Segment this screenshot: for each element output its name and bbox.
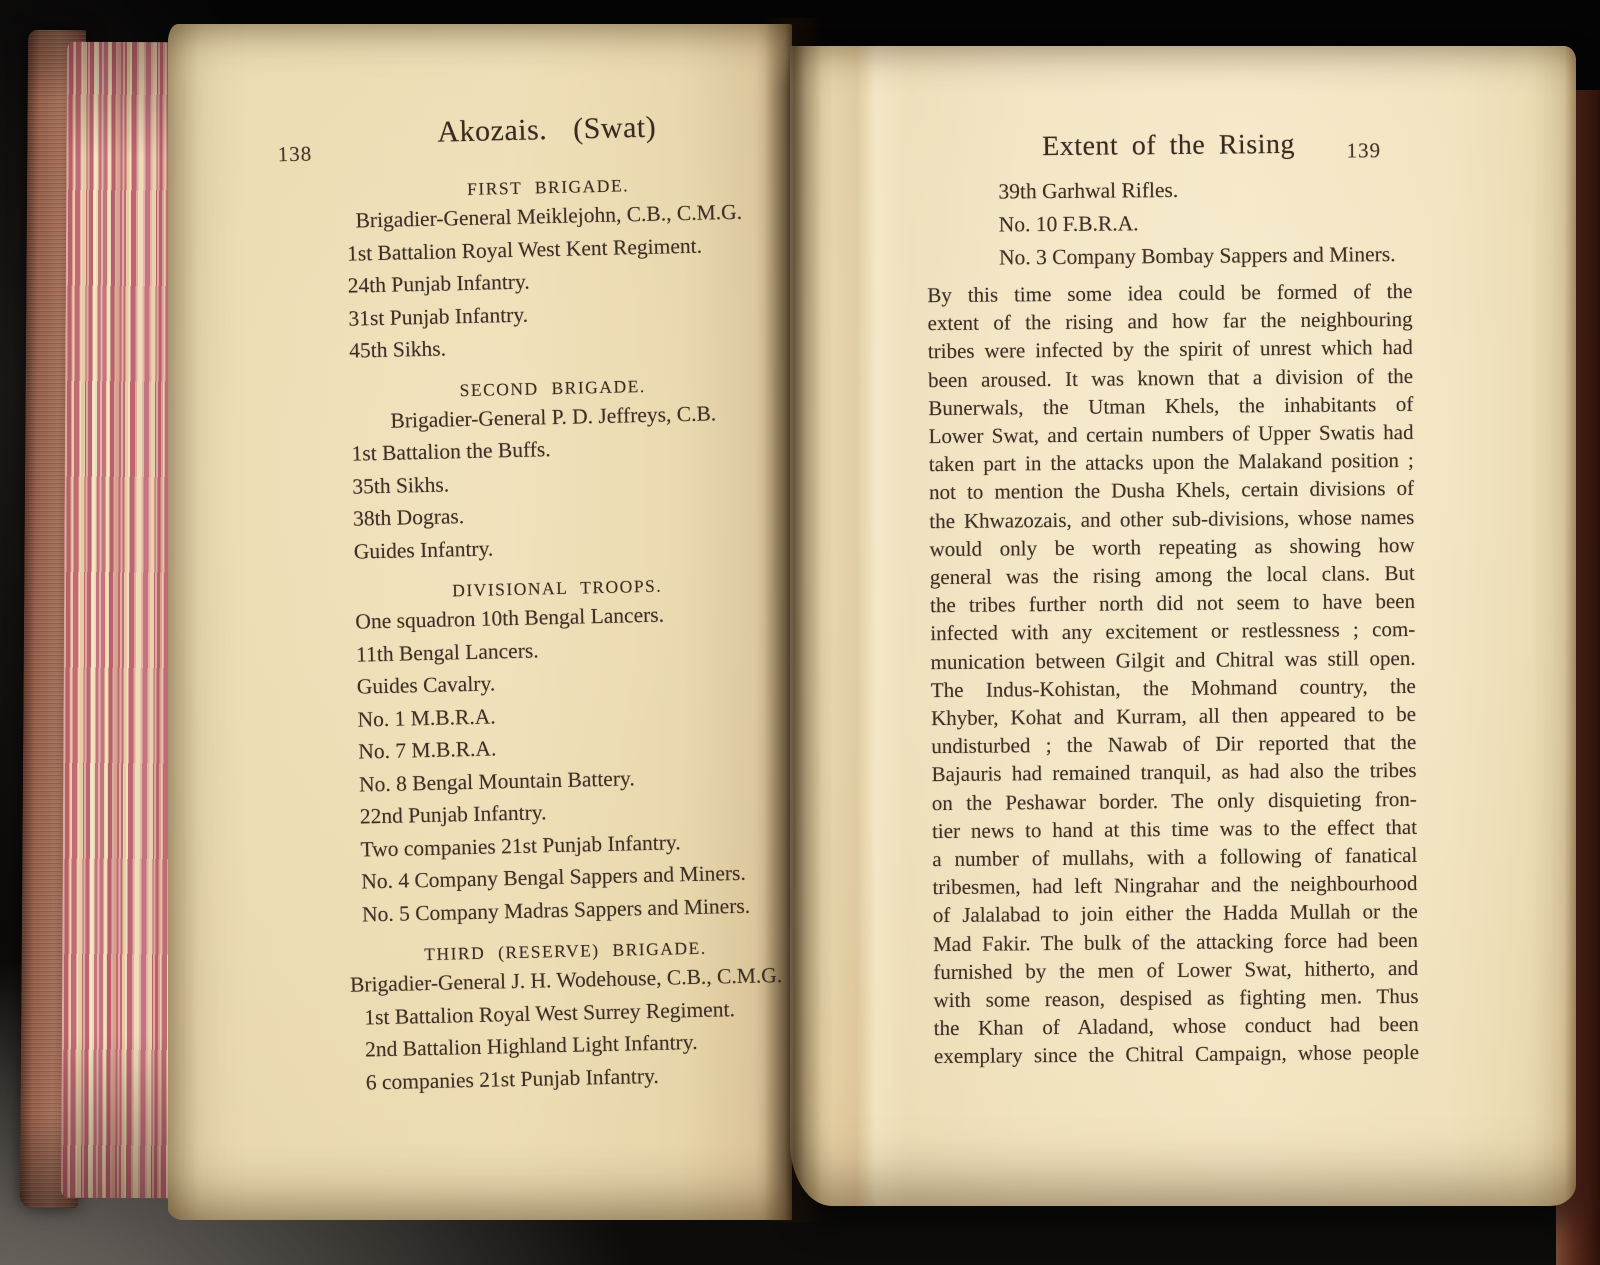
body-text-line: Lower Swat, and certain numbers of Upper…	[928, 418, 1413, 450]
body-text-line: the Khan of Aladand, whose conduct had b…	[934, 1010, 1419, 1042]
body-text-line: exemplary since the Chitral Campaign, wh…	[934, 1038, 1419, 1070]
body-text-line: with some reason, despised as fighting m…	[933, 982, 1418, 1014]
page-number-right: 139	[1347, 138, 1382, 163]
body-text-line: extent of the rising and how far the nei…	[927, 305, 1412, 337]
troop-list: 39th Garhwal Rifles.No. 10 F.B.R.A.No. 3…	[926, 172, 1412, 275]
body-text-line: Bajauris had remained tranquil, as had a…	[931, 756, 1416, 788]
body-text-line: not to mention the Dusha Khels, certain …	[929, 474, 1414, 506]
body-text-line: Khyber, Kohat and Kurram, all then appea…	[931, 700, 1416, 732]
body-text-line: general was the rising among the local c…	[930, 559, 1415, 591]
body-text-line: furnished by the men of Lower Swat, hith…	[933, 954, 1418, 986]
troop-list-item: 39th Garhwal Rifles.	[926, 172, 1411, 209]
body-text-line: been aroused. It was known that a divisi…	[928, 362, 1413, 394]
troop-list-item: No. 10 F.B.R.A.	[927, 205, 1412, 242]
left-page-title: Akozais. (Swat)	[279, 104, 815, 156]
body-text-line: By this time some idea could be formed o…	[927, 277, 1412, 309]
page-edge-stack	[61, 42, 177, 1199]
body-text-line: tribesmen, had left Ningrahar and the ne…	[932, 869, 1417, 901]
body-text-line: Bunerwals, the Utman Khels, the inhabita…	[928, 390, 1413, 422]
right-page-header: Extent of the Rising 139	[926, 124, 1411, 176]
right-page: Extent of the Rising 139 39th Garhwal Ri…	[790, 46, 1576, 1206]
body-text-line: tier news to hand at this time was to th…	[932, 813, 1417, 845]
left-page: 138 Akozais. (Swat) FIRST BRIGADE.Brigad…	[168, 24, 792, 1220]
right-page-title: Extent of the Rising	[926, 124, 1411, 168]
body-text-line: The Indus-Kohistan, the Mohmand country,…	[931, 672, 1416, 704]
brigade-listing: FIRST BRIGADE.Brigadier-General Meiklejo…	[280, 168, 836, 1100]
left-page-header: 138 Akozais. (Swat)	[279, 104, 815, 168]
body-text-line: would only be worth repeating as showing…	[929, 531, 1414, 563]
body-text-line: the tribes further north did not seem to…	[930, 587, 1415, 619]
page-number-left: 138	[277, 141, 312, 167]
body-text-line: on the Peshawar border. The only disquie…	[932, 785, 1417, 817]
body-text-line: a number of mullahs, with a following of…	[932, 841, 1417, 873]
body-text: By this time some idea could be formed o…	[927, 277, 1419, 1071]
body-text-line: infected with any excitement or restless…	[930, 615, 1415, 647]
body-text-line: the Khwazozais, and other sub-divisions,…	[929, 503, 1414, 535]
body-text-line: tribes were infected by the spirit of un…	[928, 333, 1413, 365]
body-text-line: undisturbed ; the Nawab of Dir reported …	[931, 728, 1416, 760]
right-page-content: Extent of the Rising 139 39th Garhwal Ri…	[926, 124, 1419, 1071]
troop-list-item: No. 3 Company Bombay Sappers and Miners.	[927, 238, 1412, 275]
body-text-line: munication between Gilgit and Chitral wa…	[930, 644, 1415, 676]
book-photo-scene: 138 Akozais. (Swat) FIRST BRIGADE.Brigad…	[0, 0, 1600, 1265]
left-page-content: 138 Akozais. (Swat) FIRST BRIGADE.Brigad…	[279, 104, 836, 1100]
body-text-line: taken part in the attacks upon the Malak…	[929, 446, 1414, 478]
body-text-line: of Jalalabad to join either the Hadda Mu…	[933, 897, 1418, 929]
body-text-line: Mad Fakir. The bulk of the attacking for…	[933, 926, 1418, 958]
